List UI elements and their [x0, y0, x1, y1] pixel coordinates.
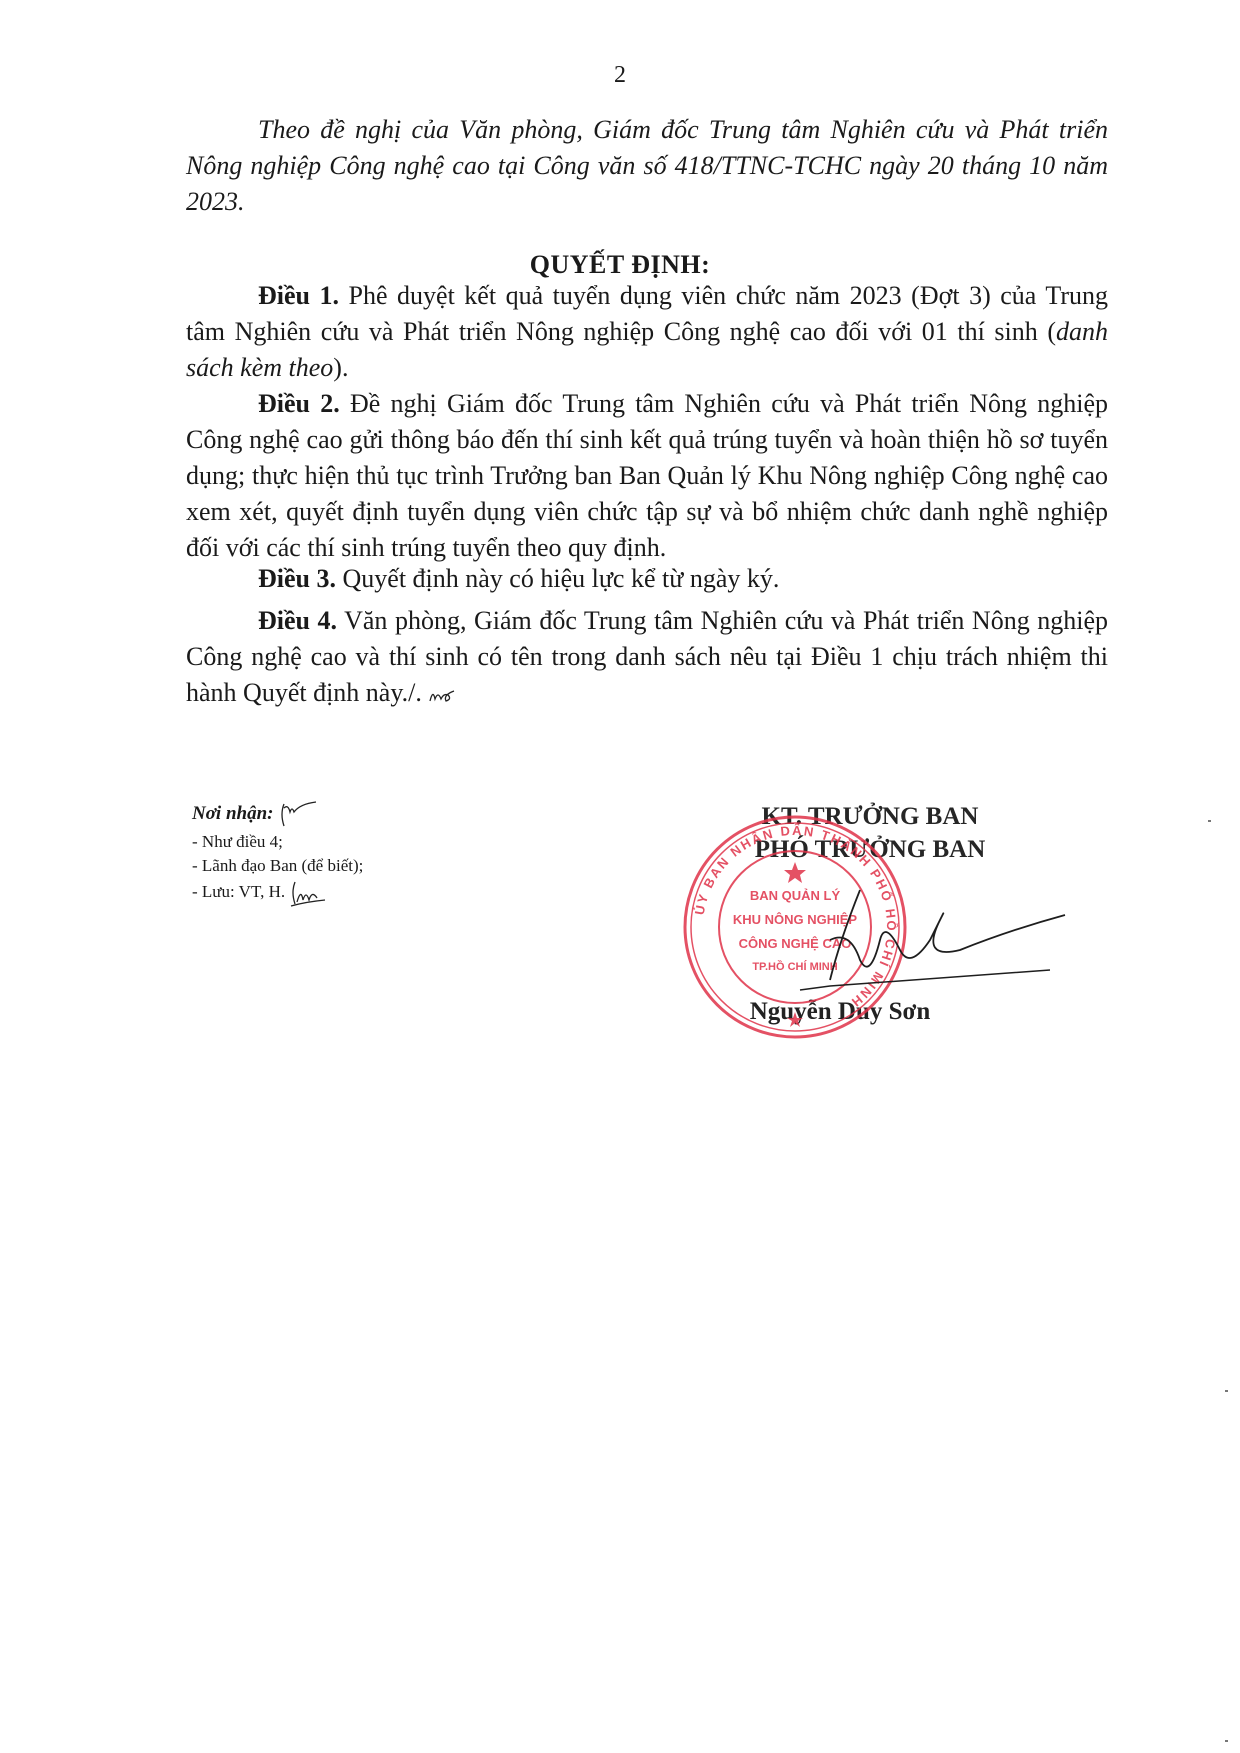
page-number: 2: [0, 62, 1240, 89]
scan-mark: [1225, 1740, 1228, 1742]
scan-mark: [1225, 1390, 1228, 1392]
initial-mark-icon: [289, 878, 329, 908]
article-4: Điều 4. Văn phòng, Giám đốc Trung tâm Ng…: [186, 603, 1108, 711]
signature-block: KT. TRƯỞNG BAN PHÓ TRƯỞNG BAN ỦY BAN NHÂ…: [680, 800, 1060, 866]
handwritten-signature-icon: [790, 880, 1070, 1010]
recipient-item: - Lãnh đạo Ban (để biết);: [192, 854, 363, 878]
preamble: Theo đề nghị của Văn phòng, Giám đốc Tru…: [186, 112, 1108, 220]
article-1-text-end: ).: [333, 353, 348, 382]
initial-mark-icon: [428, 685, 458, 705]
recipients-block: Nơi nhận: - Như điều 4; - Lãnh đạo Ban (…: [192, 800, 363, 908]
article-4-label: Điều 4.: [258, 606, 337, 635]
decision-heading: QUYẾT ĐỊNH:: [0, 250, 1240, 280]
article-3-text: Quyết định này có hiệu lực kể từ ngày ký…: [336, 564, 779, 593]
article-2: Điều 2. Đề nghị Giám đốc Trung tâm Nghiê…: [186, 386, 1108, 566]
preamble-text: Theo đề nghị của Văn phòng, Giám đốc Tru…: [186, 115, 1108, 216]
article-3-label: Điều 3.: [258, 564, 336, 593]
recipient-item: - Như điều 4;: [192, 830, 363, 854]
scan-mark: [1208, 820, 1211, 822]
article-2-label: Điều 2.: [258, 389, 340, 418]
initial-mark-icon: [278, 800, 318, 830]
article-3: Điều 3. Quyết định này có hiệu lực kể từ…: [186, 561, 1108, 597]
article-1: Điều 1. Phê duyệt kết quả tuyển dụng viê…: [186, 278, 1108, 386]
recipients-title: Nơi nhận:: [192, 803, 273, 824]
article-1-label: Điều 1.: [258, 281, 339, 310]
recipient-item: - Lưu: VT, H.: [192, 882, 285, 901]
